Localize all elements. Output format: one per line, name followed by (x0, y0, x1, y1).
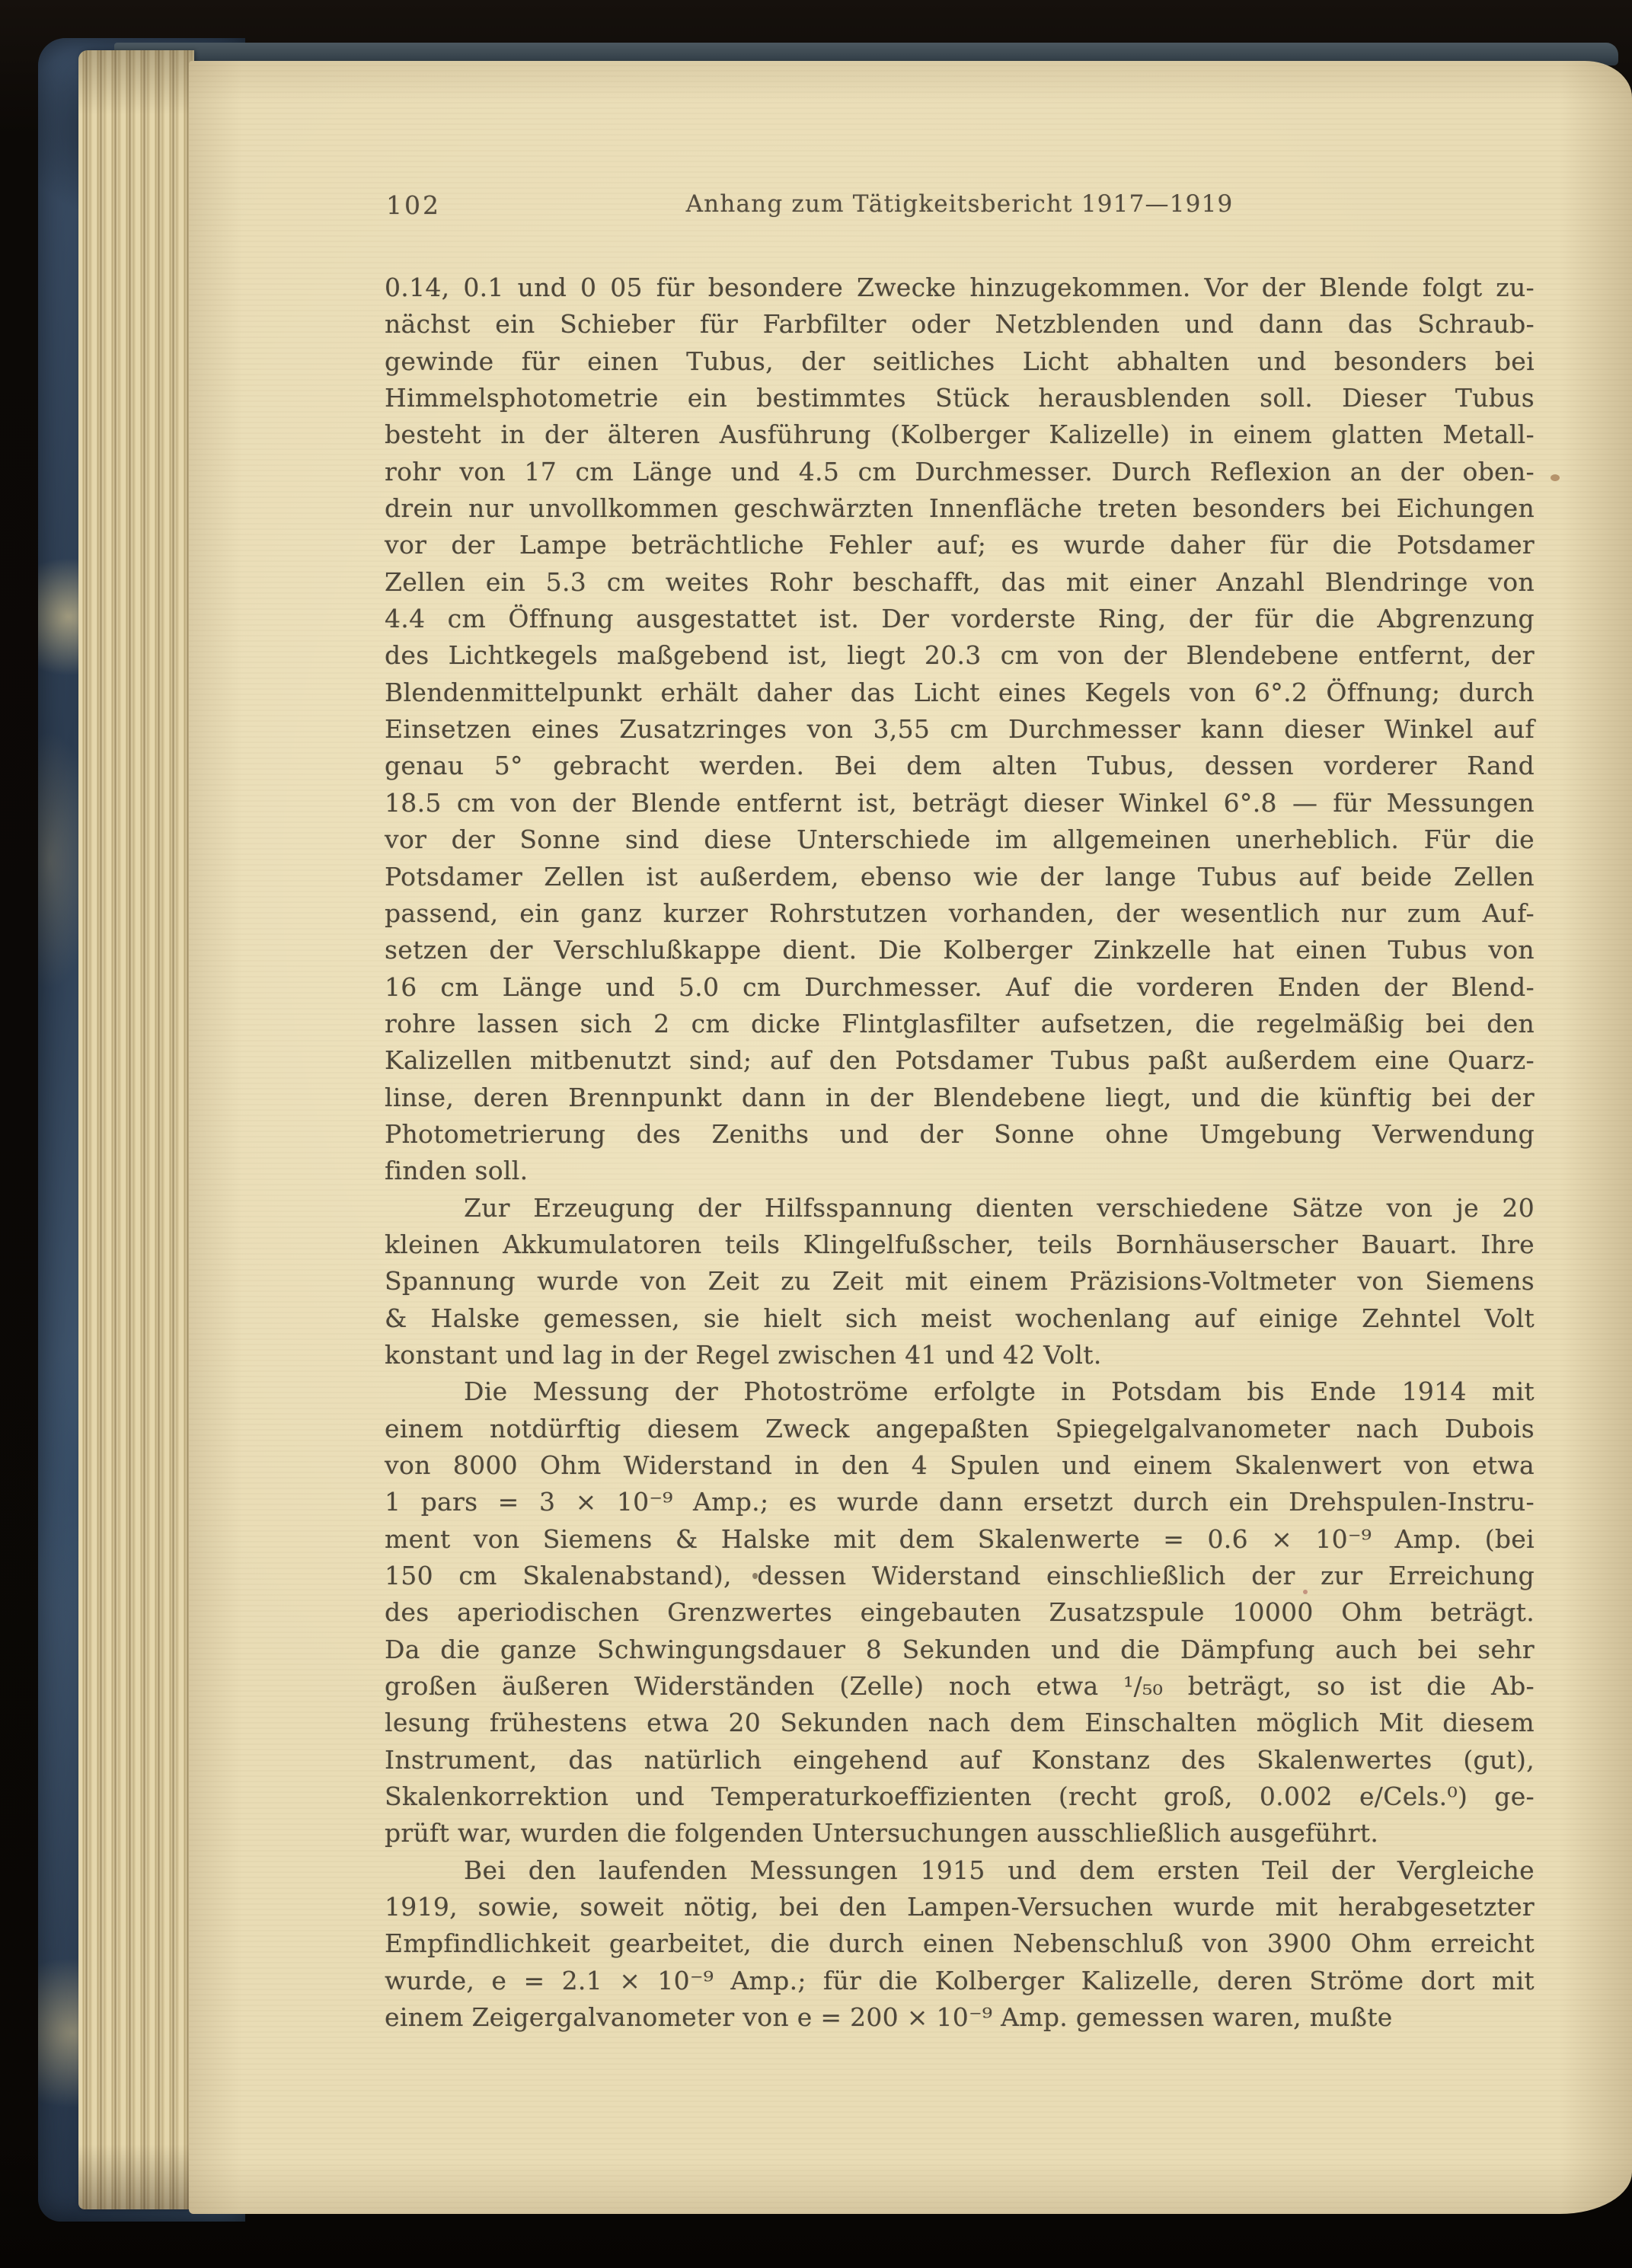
text-line: konstant und lag in der Regel zwischen 4… (385, 1337, 1535, 1373)
text-line: Die Messung der Photoströme erfolgte in … (385, 1373, 1535, 1410)
text-line: vor der Lampe beträchtliche Fehler auf; … (385, 527, 1535, 563)
text-line: wurde, e = 2.1 × 10⁻⁹ Amp.; für die Kolb… (385, 1963, 1535, 1999)
page-stack-edges (78, 50, 194, 2209)
text-line: Da die ganze Schwingungsdauer 8 Sekunden… (385, 1632, 1535, 1668)
text-line: passend, ein ganz kurzer Rohrstutzen vor… (385, 895, 1535, 932)
text-line: 4.4 cm Öffnung ausgestattet ist. Der vor… (385, 601, 1535, 637)
text-line: einem Zeigergalvanometer von e = 200 × 1… (385, 1999, 1535, 2036)
text-line: setzen der Verschlußkappe dient. Die Kol… (385, 932, 1535, 968)
page-number: 102 (386, 190, 441, 220)
text-line: des aperiodischen Grenzwertes eingebaute… (385, 1594, 1535, 1631)
text-line: finden soll. (385, 1153, 1535, 1189)
text-line: Skalenkorrektion und Temperaturkoeffizie… (385, 1778, 1535, 1815)
book-page: 102 Anhang zum Tätigkeitsbericht 1917—19… (189, 61, 1632, 2214)
text-line: 18.5 cm von der Blende entfernt ist, bet… (385, 785, 1535, 821)
text-line: Empfindlichkeit gearbeitet, die durch ei… (385, 1925, 1535, 1962)
text-line: & Halske gemessen, sie hielt sich meist … (385, 1300, 1535, 1337)
text-line: des Lichtkegels maßgebend ist, liegt 20.… (385, 637, 1535, 674)
text-line: Himmelsphotometrie ein bestimmtes Stück … (385, 380, 1535, 416)
text-line: genau 5° gebracht werden. Bei dem alten … (385, 748, 1535, 784)
text-line: lesung frühestens etwa 20 Sekunden nach … (385, 1705, 1535, 1741)
text-line: 1 pars = 3 × 10⁻⁹ Amp.; es wurde dann er… (385, 1484, 1535, 1520)
paragraph: Zur Erzeugung der Hilfsspannung dienten … (385, 1190, 1535, 1374)
text-line: 16 cm Länge und 5.0 cm Durchmesser. Auf … (385, 969, 1535, 1006)
text-line: besteht in der älteren Ausführung (Kolbe… (385, 416, 1535, 453)
text-line: Kalizellen mitbenutzt sind; auf den Pots… (385, 1042, 1535, 1079)
text-line: Instrument, das natürlich eingehend auf … (385, 1742, 1535, 1778)
text-line: nächst ein Schieber für Farbfilter oder … (385, 306, 1535, 343)
paragraph: Die Messung der Photoströme erfolgte in … (385, 1373, 1535, 1852)
text-line: großen äußeren Widerständen (Zelle) noch… (385, 1668, 1535, 1705)
text-line: linse, deren Brennpunkt dann in der Blen… (385, 1080, 1535, 1116)
text-line: Einsetzen eines Zusatzringes von 3,55 cm… (385, 711, 1535, 748)
text-line: Photometrierung des Zeniths und der Sonn… (385, 1116, 1535, 1153)
paragraph: Bei den laufenden Messungen 1915 und dem… (385, 1852, 1535, 2037)
page-content: 102 Anhang zum Tätigkeitsbericht 1917—19… (385, 187, 1535, 2037)
text-line: Zur Erzeugung der Hilfsspannung dienten … (385, 1190, 1535, 1227)
text-line: Blendenmittelpunkt erhält daher das Lich… (385, 675, 1535, 711)
text-line: von 8000 Ohm Widerstand in den 4 Spulen … (385, 1447, 1535, 1484)
text-line: gewinde für einen Tubus, der seitliches … (385, 343, 1535, 380)
text-line: prüft war, wurden die folgenden Untersuc… (385, 1815, 1535, 1852)
page-title: Anhang zum Tätigkeitsbericht 1917—1919 (686, 190, 1234, 218)
text-line: rohr von 17 cm Länge und 4.5 cm Durchmes… (385, 454, 1535, 490)
text-line: rohre lassen sich 2 cm dicke Flintglasfi… (385, 1006, 1535, 1042)
text-line: kleinen Akkumulatoren teils Klingelfußsc… (385, 1227, 1535, 1263)
text-line: Potsdamer Zellen ist außerdem, ebenso wi… (385, 859, 1535, 895)
text-line: Spannung wurde von Zeit zu Zeit mit eine… (385, 1263, 1535, 1300)
text-line: 150 cm Skalenabstand), dessen Widerstand… (385, 1558, 1535, 1594)
text-line: Zellen ein 5.3 cm weites Rohr beschafft,… (385, 564, 1535, 601)
foxing-spot (1551, 474, 1560, 481)
text-line: 1919, sowie, soweit nötig, bei den Lampe… (385, 1889, 1535, 1925)
paragraph: 0.14, 0.1 und 0 05 für besondere Zwecke … (385, 270, 1535, 1190)
text-column: 0.14, 0.1 und 0 05 für besondere Zwecke … (385, 270, 1535, 2037)
text-line: 0.14, 0.1 und 0 05 für besondere Zwecke … (385, 270, 1535, 306)
page-header: 102 Anhang zum Tätigkeitsbericht 1917—19… (385, 187, 1535, 225)
text-line: Bei den laufenden Messungen 1915 und dem… (385, 1852, 1535, 1889)
text-line: drein nur unvollkommen geschwärzten Inne… (385, 490, 1535, 527)
text-line: ment von Siemens & Halske mit dem Skalen… (385, 1521, 1535, 1558)
text-line: vor der Sonne sind diese Unterschiede im… (385, 821, 1535, 858)
text-line: einem notdürftig diesem Zweck angepaßten… (385, 1411, 1535, 1447)
